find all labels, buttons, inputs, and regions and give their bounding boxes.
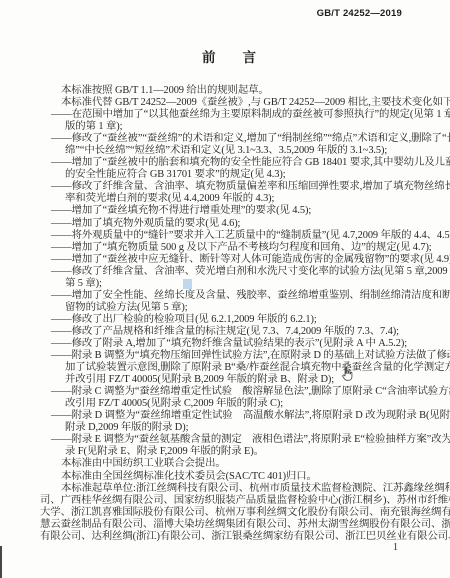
standard-number-header: GB/T 24252—2019 [317, 8, 402, 19]
text-line: ——附录 B 调整为“填充物压缩回弹性试验方法”,在原附录 D 的基础上对试验方… [40, 350, 442, 362]
text-line: 并改引用 FZ/T 40005(见附录 B,2009 年版的附录 B、附录 D)… [40, 374, 442, 386]
scan-edge-line [0, 546, 2, 578]
text-line: 第 5 章); [40, 278, 442, 290]
text-line: ——附录 E 调整为“蚕丝氨基酸含量的测定 液相色谱法”,将原附录 E“检验抽样… [40, 434, 442, 446]
selection-highlight-mark [183, 279, 192, 289]
text-line: 司、广西桂华丝绸有限公司、国家纺织服装产品质量监督检验中心(浙江桐乡)、苏州市纤… [40, 495, 442, 507]
text-line: 本标准由中国纺织工业联合会提出。 [40, 458, 442, 470]
text-line: ——将外观质量中的“缝针”要求并入工艺质量中的“缝制质量”(见 4.7,2009… [40, 230, 442, 242]
text-line: 率和荧光增白剂的要求(见 4.4,2009 年版的 4.3); [40, 193, 442, 205]
text-line: 绵”“中长丝绵”“短丝绵”术语和定义(见 3.1~3.3、3.5,2009 年版… [40, 145, 442, 157]
text-line: 加了试验装置示意图,删除了原附录 B“桑/柞蚕丝混合填充物中桑蚕丝含量的化学测定… [40, 362, 442, 374]
text-line: ——修改了纤维含量、含油率、填充物质量偏差率和压缩回弹性要求,增加了填充物丝绵长… [40, 181, 442, 193]
text-line: ——在范围中增加了“以其他蚕丝绵为主要原料制成的蚕丝被可参照执行”的规定(见第 … [40, 109, 442, 121]
text-line: 慧云蚕丝制品有限公司、淄博大染坊丝绸集团有限公司、苏州太湖雪丝绸股份有限公司、浙… [40, 519, 442, 531]
text-line: 本标准起草单位:浙江丝绸科技有限公司、杭州市质量技术监督检测院、江苏鑫缘丝绸科技… [40, 483, 442, 495]
page-number: 1 [393, 542, 398, 553]
text-line: 附录 D,2009 年版的附录 D); [40, 422, 442, 434]
text-line: ——修改了“蚕丝被”“蚕丝绵”的术语和定义,增加了“绢制丝绵”“绵点”术语和定义… [40, 133, 442, 145]
text-line: 本标准代替 GB/T 24252—2009《蚕丝被》,与 GB/T 24252—… [40, 97, 442, 109]
text-line: ——增加了“蚕丝被中应无缝针、断针等对人体可能造成伤害的金属残留物”的要求(见 … [40, 254, 442, 266]
text-line: 改引用 FZ/T 40005(见附录 C,2009 年版的附录 C); [40, 398, 442, 410]
text-line: 版的第 1 章); [40, 121, 442, 133]
text-line: ——增加了“填充物质量 500 g 及以下产品不考核均匀程度和回角、边”的规定(… [40, 242, 442, 254]
text-line: ——修改了产品规格和纤维含量的标注规定(见 7.3、7.4,2009 年版的 7… [40, 326, 442, 338]
document-page: GB/T 24252—2019 前 言 本标准按照 GB/T 1.1—2009 … [0, 0, 450, 578]
text-line: ——附录 C 调整为“蚕丝绵增重定性试验 酸溶解显色法”,删除了原附录 C“含油… [40, 386, 442, 398]
text-line: ——增加了“蚕丝填充物不得进行增重处理”的要求(见 4.5); [40, 205, 442, 217]
text-line: ——增加了填充物外观质量的要求(见 4.6); [40, 218, 442, 230]
foreword-body: 本标准按照 GB/T 1.1—2009 给出的规则起草。本标准代替 GB/T 2… [40, 85, 442, 543]
text-line: 大学、浙江凯喜雅国际股份有限公司、杭州万事利丝绸文化股份有限公司、南充银海丝绸有… [40, 507, 442, 519]
text-line: ——修改了出厂检验的检验项目(见 6.2.1,2009 年版的 6.2.1); [40, 314, 442, 326]
text-line: ——修改了纤维含量、含油率、荧光增白剂和水洗尺寸变化率的试验方法(见第 5 章,… [40, 266, 442, 278]
text-line: 留物的试验方法(见第 5 章); [40, 302, 442, 314]
text-line: ——增加了“蚕丝被中的胎套和填充物的安全性能应符合 GB 18401 要求,其中… [40, 157, 442, 169]
text-line: ——附录 D 调整为“蚕丝绵增重定性试验 高温酸水解法”,将原附录 D 改为现附… [40, 410, 442, 422]
text-line: ——增加了安全性能、丝绵长度及含量、残胶率、蚕丝绵增重鉴别、绢制丝绵清洁度和断针… [40, 290, 442, 302]
hand-cursor-icon [338, 366, 355, 383]
text-line: 本标准由全国丝绸标准化技术委员会(SAC/TC 401)归口。 [40, 471, 442, 483]
text-line: 录 F(见附录 E、附录 F,2009 年版的附录 E)。 [40, 446, 442, 458]
text-line: 有限公司、达利丝绸(浙江)有限公司、浙江银桑丝绸家纺有限公司、浙江巴贝丝业有限公… [40, 531, 442, 543]
text-line: 的安全性能应符合 GB 31701 要求”的规定(见 4.3); [40, 169, 442, 181]
page-title: 前 言 [0, 46, 450, 66]
text-line: 本标准按照 GB/T 1.1—2009 给出的规则起草。 [40, 85, 442, 97]
text-line: ——修改了附录 A,增加了“填充物纤维含量试验结果的表示”(见附录 A 中 A.… [40, 338, 442, 350]
